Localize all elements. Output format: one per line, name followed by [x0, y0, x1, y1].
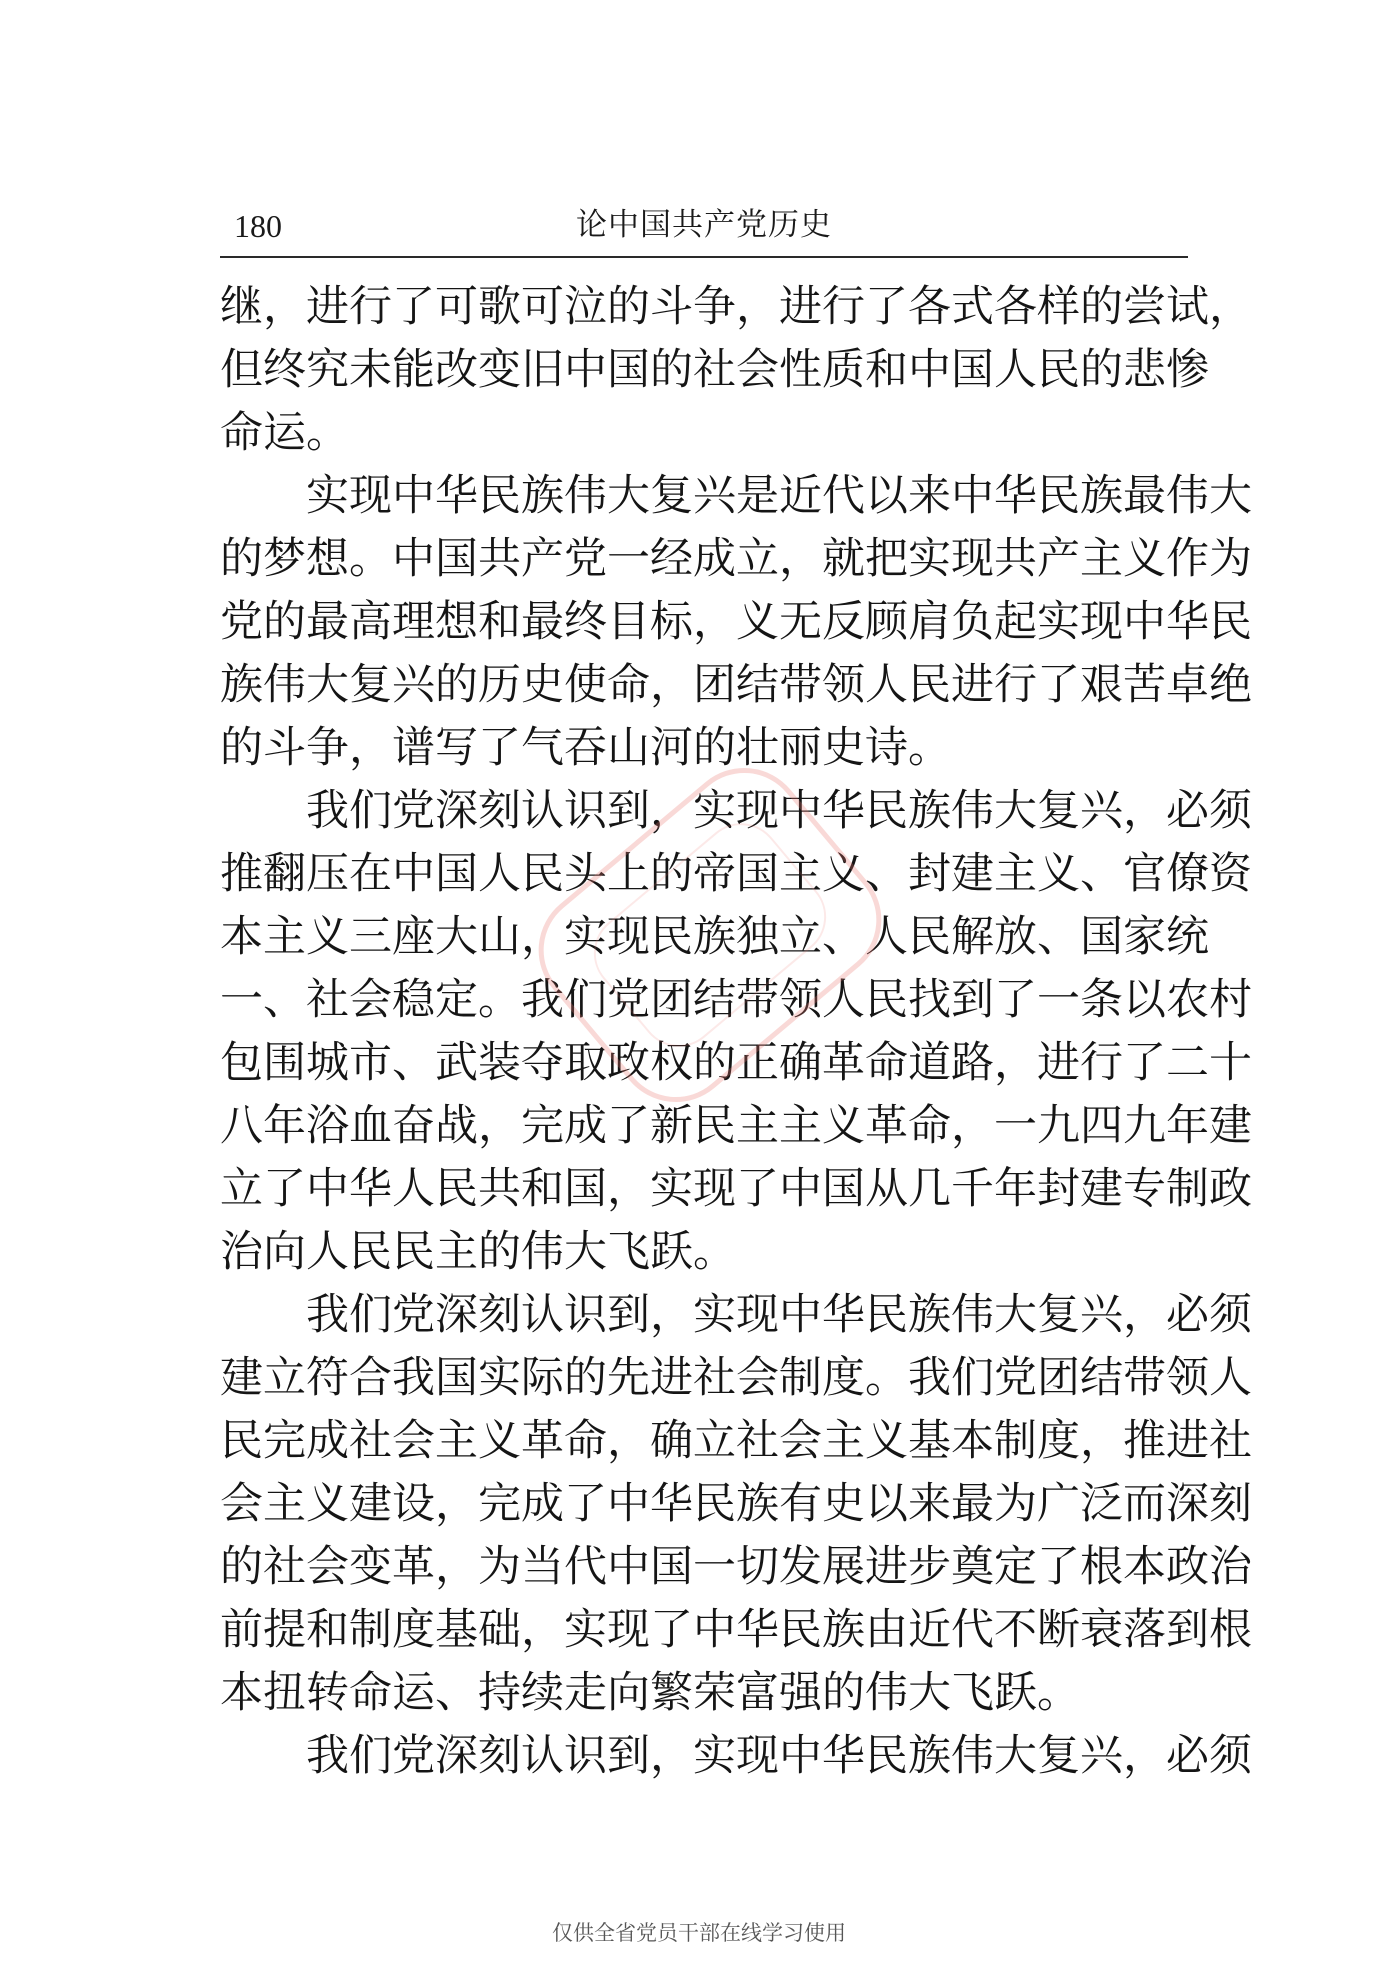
text-line: 的斗争，谱写了气吞山河的壮丽史诗。	[220, 717, 1188, 780]
text-line: 的梦想。中国共产党一经成立，就把实现共产主义作为	[220, 528, 1188, 591]
text-line: 我们党深刻认识到，实现中华民族伟大复兴，必须	[220, 1725, 1188, 1788]
text-line: 命运。	[220, 402, 1188, 465]
usage-notice: 仅供全省党员干部在线学习使用	[0, 1918, 1398, 1948]
text-line: 族伟大复兴的历史使命，团结带领人民进行了艰苦卓绝	[220, 654, 1188, 717]
text-line: 的社会变革，为当代中国一切发展进步奠定了根本政治	[220, 1536, 1188, 1599]
paragraph: 我们党深刻认识到，实现中华民族伟大复兴，必须 建立符合我国实际的先进社会制度。我…	[220, 1284, 1188, 1725]
text-line: 继，进行了可歌可泣的斗争，进行了各式各样的尝试，	[220, 276, 1188, 339]
text-line: 立了中华人民共和国，实现了中国从几千年封建专制政	[220, 1158, 1188, 1221]
text-line: 党的最高理想和最终目标，义无反顾肩负起实现中华民	[220, 591, 1188, 654]
body-text: 继，进行了可歌可泣的斗争，进行了各式各样的尝试， 但终究未能改变旧中国的社会性质…	[220, 276, 1188, 1788]
text-line: 我们党深刻认识到，实现中华民族伟大复兴，必须	[220, 1284, 1188, 1347]
text-line: 一、社会稳定。我们党团结带领人民找到了一条以农村	[220, 969, 1188, 1032]
text-line: 包围城市、武装夺取政权的正确革命道路，进行了二十	[220, 1032, 1188, 1095]
text-line: 建立符合我国实际的先进社会制度。我们党团结带领人	[220, 1347, 1188, 1410]
paragraph: 我们党深刻认识到，实现中华民族伟大复兴，必须 推翻压在中国人民头上的帝国主义、封…	[220, 780, 1188, 1284]
text-line: 推翻压在中国人民头上的帝国主义、封建主义、官僚资	[220, 843, 1188, 906]
document-page: 180 论中国共产党历史 继，进行了可歌可泣的斗争，进行了各式各样的尝试， 但终…	[0, 0, 1398, 1965]
text-line: 本扭转命运、持续走向繁荣富强的伟大飞跃。	[220, 1662, 1188, 1725]
text-line: 我们党深刻认识到，实现中华民族伟大复兴，必须	[220, 780, 1188, 843]
text-line: 前提和制度基础，实现了中华民族由近代不断衰落到根	[220, 1599, 1188, 1662]
paragraph: 我们党深刻认识到，实现中华民族伟大复兴，必须	[220, 1725, 1188, 1788]
text-line: 会主义建设，完成了中华民族有史以来最为广泛而深刻	[220, 1473, 1188, 1536]
text-line: 实现中华民族伟大复兴是近代以来中华民族最伟大	[220, 465, 1188, 528]
text-line: 治向人民民主的伟大飞跃。	[220, 1221, 1188, 1284]
book-title: 论中国共产党历史	[220, 204, 1188, 246]
paragraph: 继，进行了可歌可泣的斗争，进行了各式各样的尝试， 但终究未能改变旧中国的社会性质…	[220, 276, 1188, 465]
text-line: 但终究未能改变旧中国的社会性质和中国人民的悲惨	[220, 339, 1188, 402]
paragraph: 实现中华民族伟大复兴是近代以来中华民族最伟大 的梦想。中国共产党一经成立，就把实…	[220, 465, 1188, 780]
running-head: 180 论中国共产党历史	[220, 204, 1188, 254]
text-line: 八年浴血奋战，完成了新民主主义革命，一九四九年建	[220, 1095, 1188, 1158]
header-rule	[220, 256, 1188, 258]
text-line: 本主义三座大山，实现民族独立、人民解放、国家统	[220, 906, 1188, 969]
text-line: 民完成社会主义革命，确立社会主义基本制度，推进社	[220, 1410, 1188, 1473]
